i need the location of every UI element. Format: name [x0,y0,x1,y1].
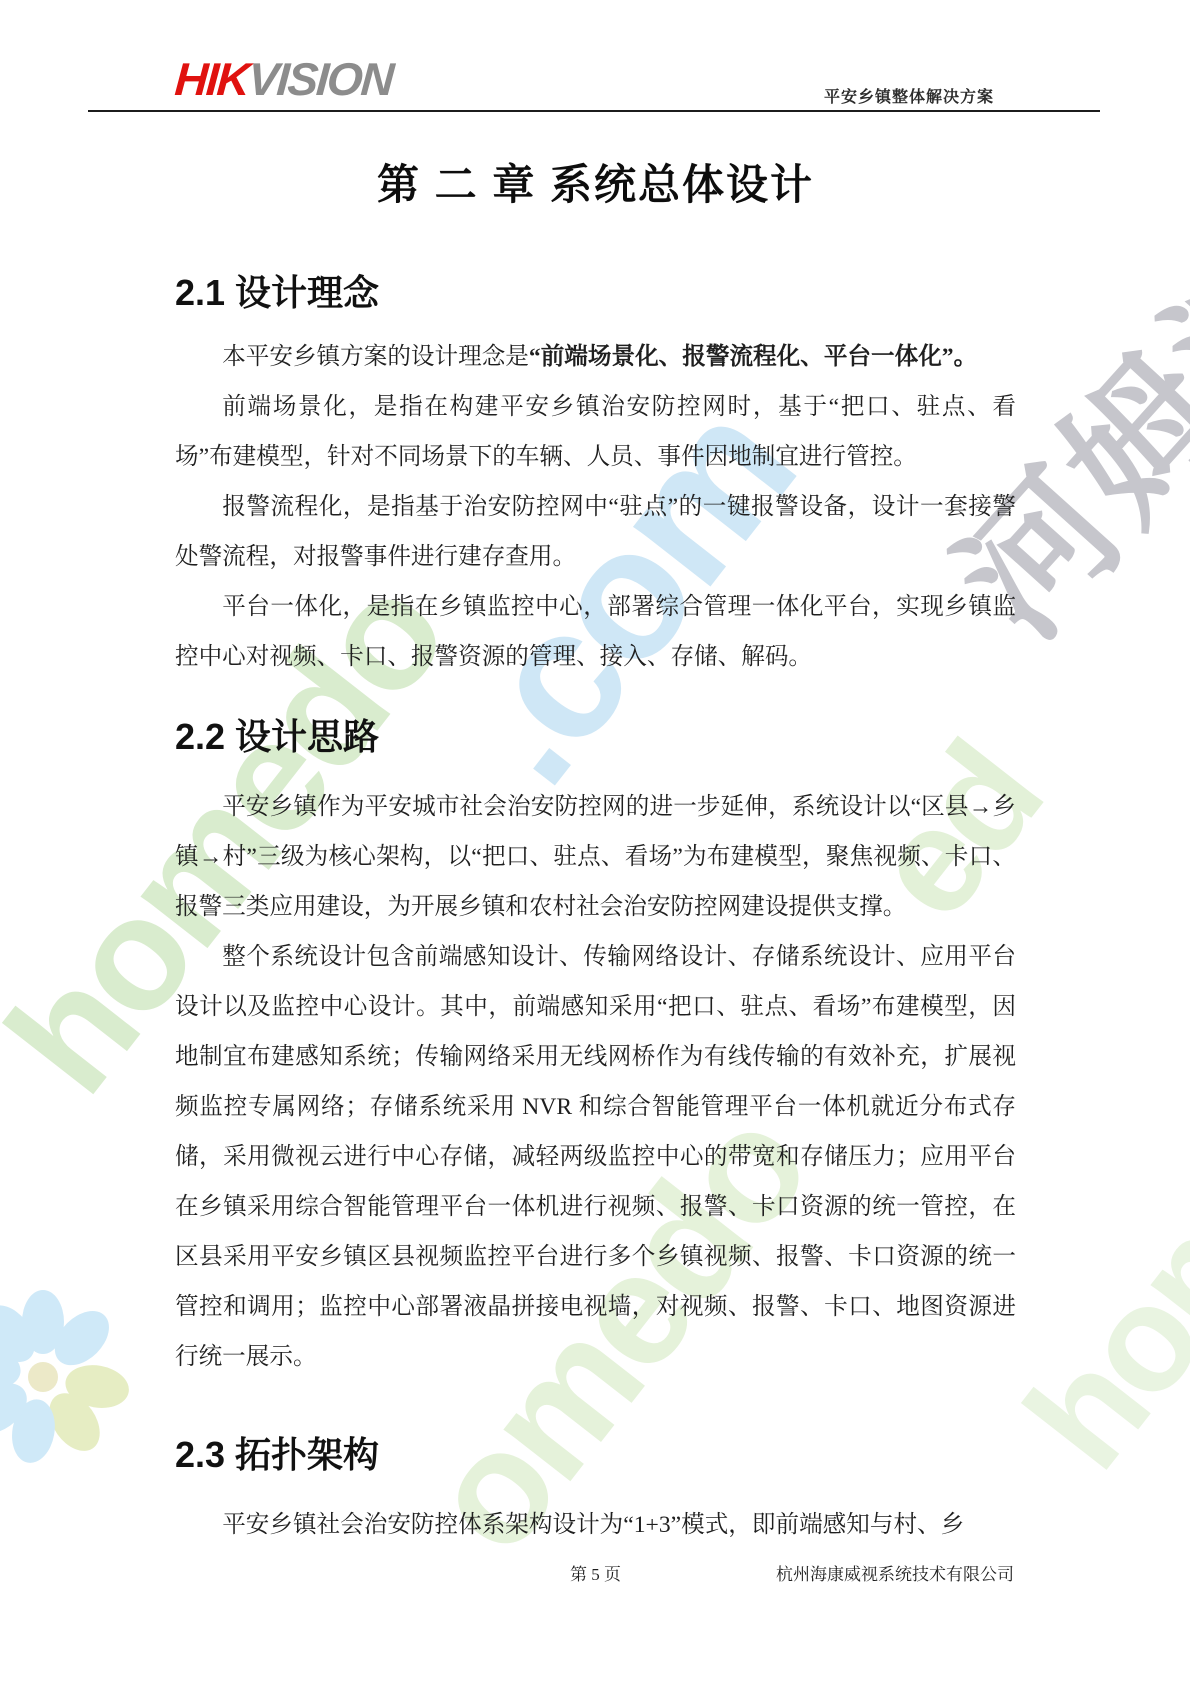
logo-hik-text: HIK [173,53,250,105]
paragraph: 报警流程化，是指基于治安防控网中“驻点”的一键报警设备，设计一套接警处警流程，对… [175,482,1016,582]
chapter-title: 第 二 章 系统总体设计 [175,160,1016,210]
paragraph: 前端场景化，是指在构建平安乡镇治安防控网时，基于“把口、驻点、看场”布建模型，针… [175,382,1016,482]
paragraph-text: 本平安乡镇方案的设计理念是 [222,344,529,370]
document-content: 第 二 章 系统总体设计 2.1 设计理念 本平安乡镇方案的设计理念是“前端场景… [175,0,1016,1550]
paragraph: 本平安乡镇方案的设计理念是“前端场景化、报警流程化、平台一体化”。 [175,332,1016,382]
section-heading-2-3: 2.3 拓扑架构 [175,1430,1016,1480]
logo-vision-text: VISION [246,53,394,105]
section-2-2-body: 平安乡镇作为平安城市社会治安防控网的进一步延伸，系统设计以“区县→乡镇→村”三级… [175,782,1016,1382]
watermark-homedo-right-text: hom [1000,1162,1190,1492]
section-heading-2-1: 2.1 设计理念 [175,268,1016,318]
section-2-3-body: 平安乡镇社会治安防控体系架构设计为“1+3”模式，即前端感知与村、乡 [175,1500,1016,1550]
hikvision-logo: HIKVISION [173,56,393,102]
header-doc-title: 平安乡镇整体解决方案 [824,84,994,107]
paragraph: 平安乡镇社会治安防控体系架构设计为“1+3”模式，即前端感知与村、乡 [175,1500,1016,1550]
footer-company-name: 杭州海康威视系统技术有限公司 [776,1560,1014,1585]
paragraph: 平台一体化，是指在乡镇监控中心，部署综合管理一体化平台，实现乡镇监控中心对视频、… [175,582,1016,682]
document-page: homedo .com 河姆渡 omedo hom ed HIKVISION 平… [0,0,1190,1684]
header-divider [88,110,1100,112]
watermark-flower-icon [0,1282,138,1472]
section-heading-2-2: 2.2 设计思路 [175,712,1016,762]
section-2-1-body: 本平安乡镇方案的设计理念是“前端场景化、报警流程化、平台一体化”。 前端场景化，… [175,332,1016,682]
paragraph: 整个系统设计包含前端感知设计、传输网络设计、存储系统设计、应用平台设计以及监控中… [175,932,1016,1382]
paragraph-bold-text: “前端场景化、报警流程化、平台一体化”。 [529,344,977,370]
paragraph: 平安乡镇作为平安城市社会治安防控网的进一步延伸，系统设计以“区县→乡镇→村”三级… [175,782,1016,932]
